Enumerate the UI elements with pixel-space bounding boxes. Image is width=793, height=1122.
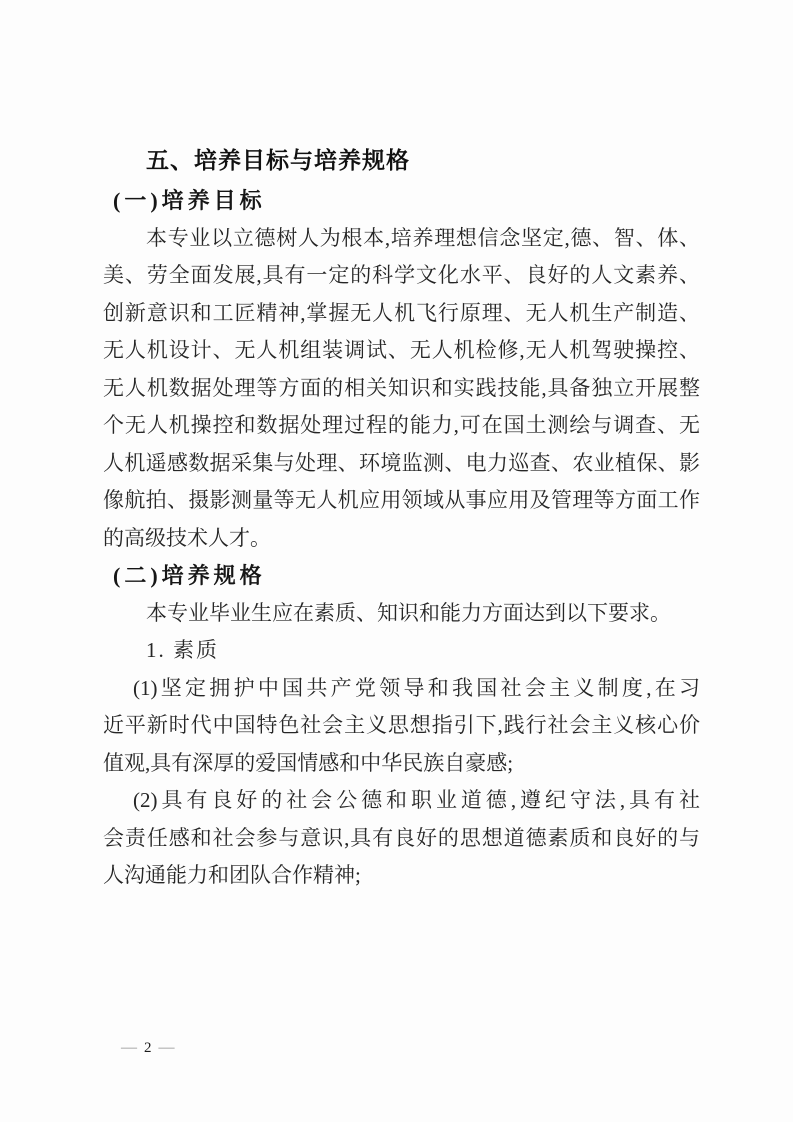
- subsection-heading-training-specifications: (二)培养规格: [103, 557, 700, 595]
- subsection-heading-training-objectives: (一)培养目标: [103, 182, 700, 220]
- paragraph-line: 无人机设计、无人机组装调试、无人机检修,无人机驾驶操控、: [103, 332, 700, 370]
- paragraph-point-1: (1)坚定拥护中国共产党领导和我国社会主义制度,在习 近平新时代中国特色社会主义…: [103, 670, 700, 783]
- footer-right-dash: —: [159, 1040, 175, 1056]
- paragraph-line: 像航拍、摄影测量等无人机应用领域从事应用及管理等方面工作: [103, 482, 700, 520]
- paragraph-line: 会责任感和社会参与意识,具有良好的思想道德素质和良好的与: [103, 820, 700, 858]
- paragraph-point-2: (2)具有良好的社会公德和职业道德,遵纪守法,具有社 会责任感和社会参与意识,具…: [103, 782, 700, 895]
- intro-line: 本专业毕业生应在素质、知识和能力方面达到以下要求。: [103, 595, 700, 633]
- paragraph-line: 人沟通能力和团队合作精神;: [103, 857, 700, 895]
- paragraph-line: 创新意识和工匠精神,掌握无人机飞行原理、无人机生产制造、: [103, 295, 700, 333]
- page-number: 2: [144, 1041, 152, 1056]
- section-heading: 五、培养目标与培养规格: [103, 138, 700, 182]
- document-content: 五、培养目标与培养规格 (一)培养目标 本专业以立德树人为根本,培养理想信念坚定…: [103, 138, 700, 895]
- footer-left-dash: —: [121, 1040, 137, 1056]
- paragraph-line: 人机遥感数据采集与处理、环境监测、电力巡查、农业植保、影: [103, 445, 700, 483]
- paragraph-line: 个无人机操控和数据处理过程的能力,可在国土测绘与调查、无: [103, 407, 700, 445]
- numbered-item-quality: 1. 素质: [103, 632, 700, 670]
- paragraph-line: 本专业以立德树人为根本,培养理想信念坚定,德、智、体、: [103, 220, 700, 258]
- paragraph-line: (2)具有良好的社会公德和职业道德,遵纪守法,具有社: [103, 782, 700, 820]
- page-footer: — 2 —: [121, 1040, 175, 1056]
- paragraph-training-objectives: 本专业以立德树人为根本,培养理想信念坚定,德、智、体、 美、劳全面发展,具有一定…: [103, 220, 700, 558]
- paragraph-line: 的高级技术人才。: [103, 520, 700, 558]
- paragraph-line: 值观,具有深厚的爱国情感和中华民族自豪感;: [103, 745, 700, 783]
- document-page: 五、培养目标与培养规格 (一)培养目标 本专业以立德树人为根本,培养理想信念坚定…: [0, 0, 793, 1122]
- paragraph-line: 美、劳全面发展,具有一定的科学文化水平、良好的人文素养、: [103, 257, 700, 295]
- paragraph-line: 无人机数据处理等方面的相关知识和实践技能,具备独立开展整: [103, 370, 700, 408]
- paragraph-line: 近平新时代中国特色社会主义思想指引下,践行社会主义核心价: [103, 707, 700, 745]
- paragraph-line: (1)坚定拥护中国共产党领导和我国社会主义制度,在习: [103, 670, 700, 708]
